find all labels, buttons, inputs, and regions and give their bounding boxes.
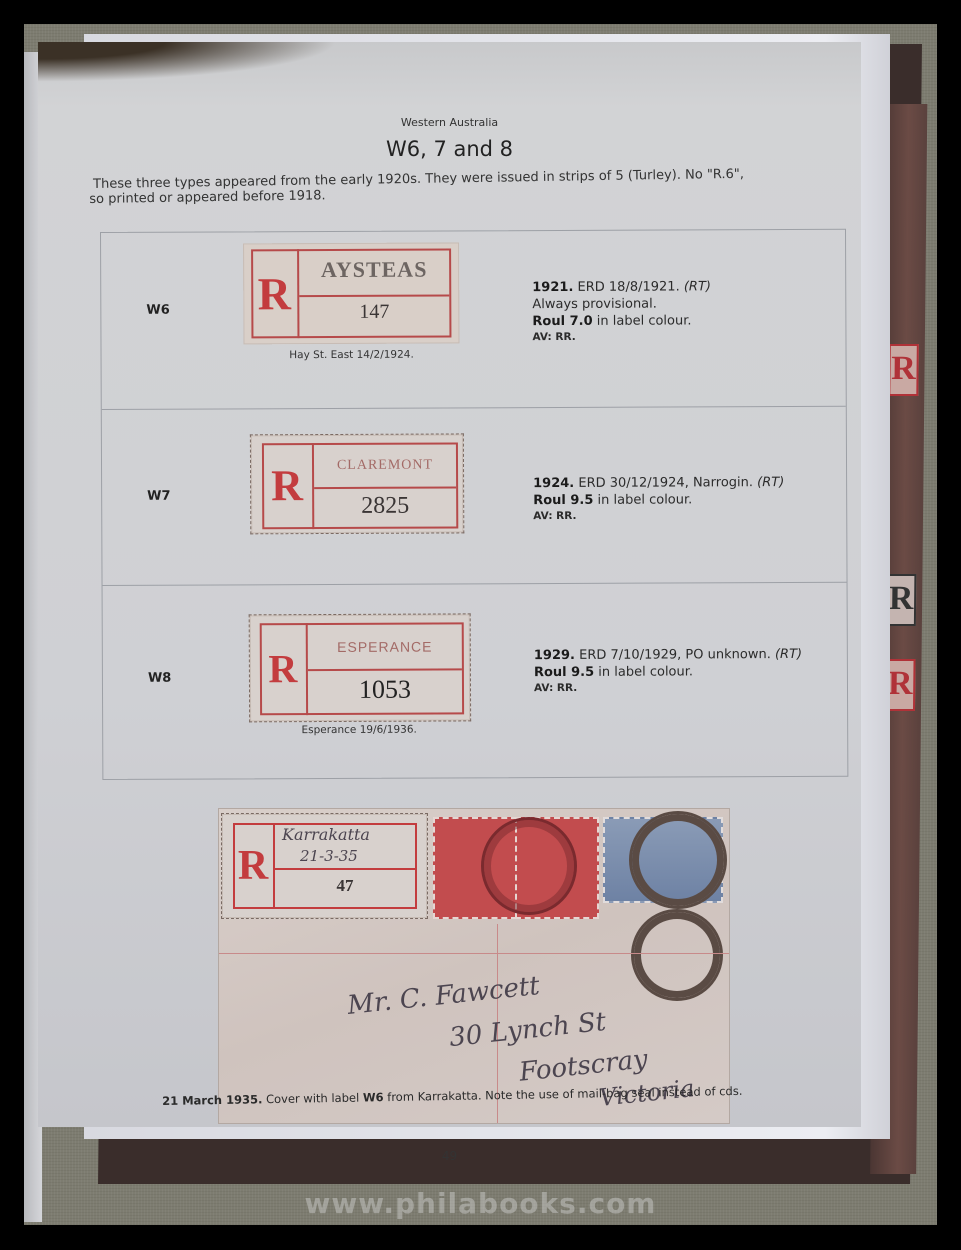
table-row: W6 R AYSTEAS 147 Hay St. East 14/2/1924.… [101, 230, 846, 410]
r-letter: R [262, 443, 314, 529]
spine-r-label-icon: R [888, 344, 919, 396]
watermark: www.philabooks.com [24, 1187, 937, 1220]
book-page: Western Australia W6, 7 and 8 These thre… [38, 42, 861, 1127]
page-title: W6, 7 and 8 [38, 137, 861, 161]
r-letter: R [251, 249, 299, 338]
registration-label-image: R CLAREMONT 2825 [250, 433, 464, 534]
type-label: W7 [147, 489, 170, 504]
type-description: 1924. ERD 30/12/1924, Narrogin. (RT) Rou… [533, 474, 784, 523]
table-row: W7 R CLAREMONT 2825 1924. ERD 30/12/1924… [102, 406, 847, 586]
registration-label-image: R Karrakatta 21-3-35 47 [221, 813, 428, 919]
type-description: 1921. ERD 18/8/1921. (RT) Always provisi… [532, 278, 711, 344]
intro-paragraph: These three types appeared from the earl… [93, 165, 853, 207]
mail-bag-seal-icon [481, 817, 577, 915]
address-line: 30 Lynch St [448, 1007, 608, 1053]
registration-label-image: R ESPERANCE 1053 [249, 613, 471, 722]
type-description: 1929. ERD 7/10/1929, PO unknown. (RT) Ro… [534, 646, 802, 695]
label-place: ESPERANCE [308, 638, 462, 655]
label-number: 2825 [314, 492, 456, 520]
image-caption: Esperance 19/6/1936. [249, 723, 469, 736]
type-label: W8 [148, 671, 171, 686]
handwritten-date: 21-3-35 [300, 847, 358, 865]
label-number: 1053 [308, 674, 462, 705]
mail-bag-seal-icon [631, 909, 723, 1001]
type-label: W6 [146, 303, 169, 318]
address-line: Mr. C. Fawcett [346, 971, 541, 1021]
cover-image: R Karrakatta 21-3-35 47 Mr. C. Fawcett 3… [219, 809, 729, 1123]
label-place: CLAREMONT [314, 457, 456, 474]
page-number: 49 [38, 1149, 861, 1163]
r-letter: R [233, 823, 275, 909]
running-head: Western Australia [38, 116, 861, 129]
label-number: 47 [275, 876, 415, 896]
label-types-table: W6 R AYSTEAS 147 Hay St. East 14/2/1924.… [100, 229, 848, 780]
handwritten-place: Karrakatta [282, 825, 370, 844]
page-corner-shadow [38, 42, 338, 82]
mail-bag-seal-icon [629, 811, 727, 909]
label-place: AYSTEAS [299, 256, 449, 283]
label-number: 147 [299, 300, 449, 324]
table-row: W8 R ESPERANCE 1053 Esperance 19/6/1936.… [103, 582, 848, 779]
image-caption: Hay St. East 14/2/1924. [244, 348, 460, 361]
r-letter: R [260, 623, 308, 715]
book-photo: R R R Western Australia W6, 7 and 8 Thes… [24, 24, 937, 1225]
registration-label-image: R AYSTEAS 147 [243, 242, 459, 344]
spine-r-label-icon: R [886, 574, 917, 626]
